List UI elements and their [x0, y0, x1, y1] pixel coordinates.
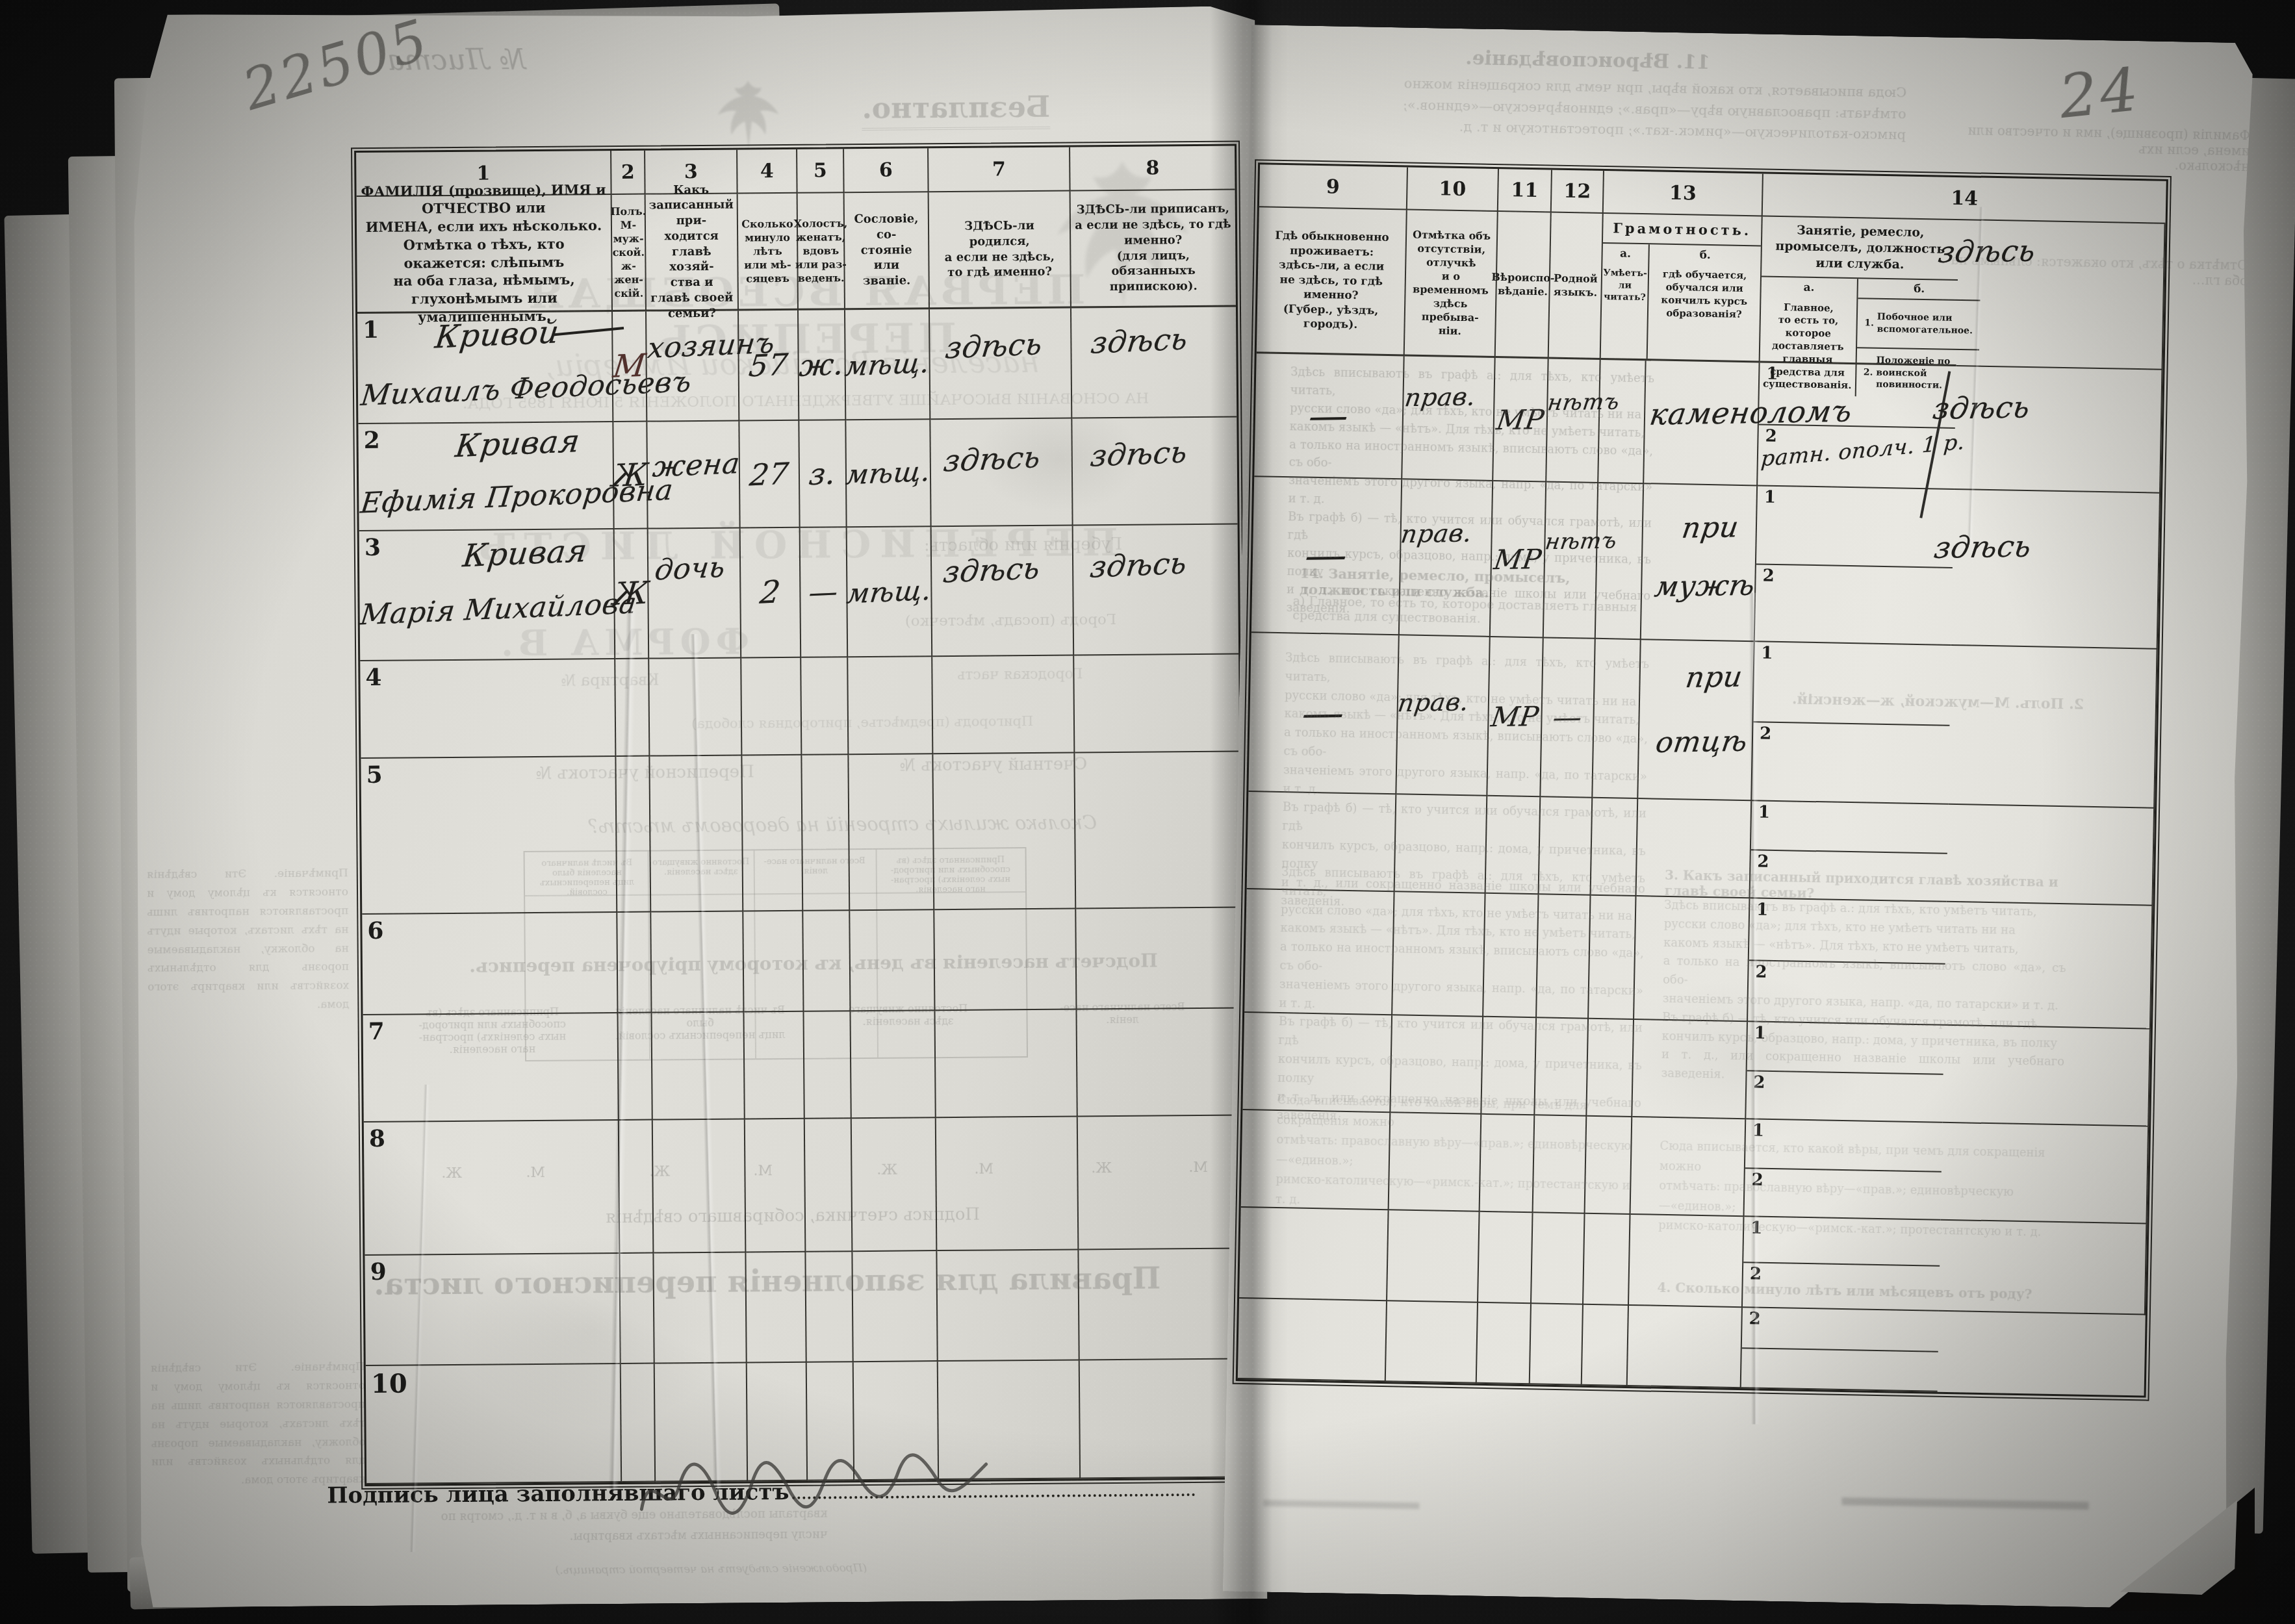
cell-empty — [1080, 1359, 1245, 1478]
r3-religion-cell: прав. — [1396, 635, 1490, 796]
scanned-census-photo: 22505 № Листа Безплатно. ПЕРВАЯ ВСЕОБЩАЯ… — [0, 0, 2295, 1624]
side-sub2: 2 — [1750, 850, 1947, 902]
row2-name-cell: 2 Кривая Ефимія Прокоровна — [358, 422, 614, 531]
cell-empty — [1948, 646, 2157, 809]
row2-age-cell: 27 — [739, 421, 800, 529]
col-number: 2 — [611, 151, 646, 195]
cell-empty — [937, 1250, 1079, 1362]
entry-names: Марія Михайлова — [359, 587, 639, 631]
row1-estate-cell: мѣщ. — [845, 309, 930, 420]
row-number: 1 — [363, 316, 379, 344]
row3-estate-cell: мѣщ. — [847, 527, 933, 657]
census-right-page: 24 11. Вѣроисповѣданіе. Сюда вписывается… — [1223, 25, 2257, 1610]
ghost-note: Примѣчаніе. Эти свѣдѣнія относятся къ цѣ… — [147, 864, 350, 1016]
cell-empty — [1942, 1026, 2151, 1127]
side-sub1: 1 — [1745, 1119, 1942, 1173]
side-sub1: 2 — [1742, 1308, 1939, 1352]
row1-age-cell: 57 — [739, 311, 799, 422]
row3-born-cell: здѣсь — [932, 526, 1075, 657]
r1-religion-cell: прав. — [1402, 356, 1495, 481]
cell-empty — [1483, 894, 1539, 1018]
cell-empty — [1940, 1123, 2149, 1224]
cell-empty — [852, 1118, 938, 1252]
cell-empty — [1634, 896, 1750, 1022]
sub-number: 1 — [1764, 488, 1776, 507]
col-number: 5 — [797, 149, 845, 194]
row5-name-cell: 5 — [361, 757, 617, 915]
row3-marital-cell: — — [801, 527, 849, 658]
r3-occupation-cell: при отцѣ — [1638, 640, 1754, 801]
cell-empty — [617, 913, 652, 1013]
r3-educated-cell — [1593, 639, 1641, 799]
census-table-right: 9 10 11 12 13 14 Гдѣ обыкновенно прожива… — [1236, 162, 2168, 1397]
r2-religion-cell: прав. — [1400, 479, 1493, 637]
row4-name-cell: 4 — [360, 659, 616, 759]
cell-empty — [1583, 1214, 1631, 1306]
cell-side-empty: 2 — [1741, 1308, 1939, 1392]
side-sub2: 2 — [1748, 961, 1945, 1026]
r1-absence-cell: — — [1254, 353, 1404, 479]
cell-empty — [806, 1252, 853, 1363]
side-sub2 — [1741, 1349, 1938, 1392]
side-sub2: 2 — [1746, 1071, 1943, 1123]
col-header-language: Родной языкъ. — [1549, 213, 1604, 360]
cell-empty — [1391, 1015, 1483, 1115]
cell-empty — [936, 1117, 1079, 1251]
pencil-page-number: 24 — [2056, 55, 2144, 132]
literacy-sub-b: б. гдѣ обучается, обучался или кончилъ к… — [1648, 244, 1761, 361]
row9-name-cell: 9 — [365, 1254, 621, 1366]
cell-empty — [616, 757, 651, 913]
row-number: 2 — [363, 427, 379, 454]
col-header-marital: Холостъ, женатъ, вдовъ или раз- веденъ. — [798, 193, 845, 311]
row-number: 8 — [369, 1125, 385, 1152]
col-header-relation: Какъ записанный при- ходится главѣ хозяй… — [646, 194, 739, 311]
cell-empty — [1076, 907, 1241, 1009]
row-number: 9 — [370, 1258, 386, 1286]
row1-sex-cell: М — [613, 312, 647, 422]
cell-empty — [1478, 1212, 1533, 1304]
col-header-sex: Полъ. М-муж- ской. ж-жен- скій. — [612, 195, 647, 312]
row2-estate-cell: мѣщ. — [846, 420, 931, 527]
cell-empty — [1486, 796, 1541, 894]
cell-empty — [851, 1011, 936, 1119]
cell-empty — [1392, 892, 1485, 1017]
sub-number: 1 — [1766, 364, 1778, 384]
cell-empty — [1075, 752, 1240, 909]
row8-name-cell: 8 — [364, 1121, 621, 1256]
col-header-literacy: Грамотность. а. Умѣетъ- ли читать? б. гд… — [1601, 214, 1763, 362]
row2-relation-cell: жена — [647, 421, 740, 529]
r2-educated-cell — [1596, 483, 1644, 640]
printer-imprint-smudge — [1841, 1497, 2088, 1510]
cell-empty — [744, 1012, 804, 1120]
cell-empty — [801, 657, 849, 755]
cell-empty — [1591, 798, 1639, 896]
col-header-residence: Гдѣ обыкновенно проживаетъ: здѣсь-ли, а … — [1257, 207, 1407, 356]
side-sub2: 2 — [1743, 1263, 1940, 1312]
cell-empty — [1242, 1013, 1392, 1113]
cell-empty — [1074, 654, 1239, 753]
cell-empty — [653, 1119, 747, 1253]
col-number: 4 — [737, 149, 798, 194]
r1-language-cell: МР — [1493, 358, 1548, 482]
side-sub2: 2 — [1752, 722, 1949, 805]
cell-empty — [1539, 797, 1593, 895]
imperial-eagle-icon — [706, 72, 791, 157]
cell-empty — [615, 659, 650, 757]
ghost-bottom-par: Примѣчаніе. Эти свѣдѣнія относятся къ цѣ… — [151, 1358, 366, 1491]
cell-empty — [1078, 1115, 1244, 1250]
side-sub1: 1 — [1751, 801, 1948, 854]
side-sub1: 1 — [1756, 486, 1954, 568]
cell-empty — [1387, 1210, 1480, 1303]
row3-sex-cell: Ж — [615, 529, 650, 659]
row-number: 4 — [365, 664, 381, 691]
cell-empty — [618, 1013, 652, 1121]
sub-number: 2 — [1765, 427, 1777, 446]
cell-empty — [802, 755, 850, 911]
cell-empty — [1480, 1115, 1535, 1213]
cell-empty — [1939, 1221, 2148, 1315]
col-header-estate: Сословіе, со- стояніе или званіе. — [845, 192, 930, 310]
ghost-name-frag: Фамилія (прозвище), имя и отчество или и… — [1951, 122, 2250, 174]
row1-marital-cell: ж. — [799, 310, 846, 421]
row2-marital-cell: з. — [799, 420, 847, 528]
row3-age-cell: 2 — [741, 528, 802, 659]
row1-registered-cell: здѣсь — [1071, 307, 1237, 418]
row7-name-cell: 7 — [363, 1013, 619, 1123]
sub-number: 2 — [1762, 566, 1775, 586]
cell-empty — [848, 657, 933, 755]
cell-empty — [1946, 805, 2155, 906]
side-sub1: 1 — [1759, 362, 1956, 429]
sub-number: 2 — [1760, 724, 1772, 743]
cell-empty — [1481, 1017, 1537, 1115]
cell-empty — [1530, 1304, 1583, 1385]
cell-empty — [746, 1252, 806, 1364]
cell-empty — [805, 1119, 853, 1252]
side-sub1: 1 — [1749, 898, 1947, 965]
col-number: 6 — [844, 148, 929, 193]
row10-name-cell: 10 — [366, 1364, 622, 1484]
col-number: 12 — [1552, 170, 1604, 214]
cell-side-empty: 12 — [1743, 1217, 1941, 1312]
cell-empty — [1244, 889, 1394, 1015]
row-number: 6 — [367, 917, 383, 945]
side-sub2: 2 — [1755, 565, 1953, 646]
row6-name-cell: 6 — [362, 913, 618, 1015]
cell-empty — [1239, 1208, 1389, 1301]
col-number: 7 — [929, 147, 1071, 192]
col-header-name: ФАМИЛІЯ (прозвище), ИМЯ и ОТЧЕСТВО или И… — [357, 195, 613, 314]
cell-empty — [850, 910, 935, 1011]
cell-empty — [651, 911, 744, 1013]
cell-empty — [933, 753, 1076, 910]
cell-empty — [853, 1251, 938, 1362]
literacy-title: Грамотность. — [1603, 214, 1762, 246]
r2-occupation-cell: при мужѣ — [1641, 484, 1758, 642]
sub-number: 1 — [1864, 317, 1871, 329]
cell-side-empty: 12 — [1746, 1022, 1944, 1123]
cell-empty — [745, 1119, 806, 1253]
r1-read-cell: нѣтъ — [1546, 359, 1600, 483]
row-number: 3 — [365, 534, 381, 561]
row2-born-cell: здѣсь — [930, 418, 1073, 527]
cell-empty — [804, 1011, 851, 1119]
cell-empty — [934, 909, 1077, 1011]
cell-empty — [741, 658, 802, 756]
row2-sex-cell: Ж — [613, 422, 648, 529]
row-number: 10 — [371, 1369, 407, 1399]
cell-empty — [742, 755, 803, 912]
cell-empty — [1631, 1117, 1747, 1217]
col-number: 9 — [1259, 164, 1408, 210]
side-sub2: 2 ратн. ополч. 1 р. — [1758, 425, 1955, 490]
cell-empty — [1582, 1305, 1629, 1386]
col-number: 13 — [1604, 171, 1763, 216]
cell-empty — [1632, 1020, 1748, 1119]
side-sub1: 1 — [1753, 642, 1951, 726]
row3-registered-cell: здѣсь — [1073, 524, 1239, 655]
r1-residence-cell: здѣсь — [1956, 220, 2166, 370]
pencil-sheet-number: 22505 — [236, 7, 437, 123]
entry-surname: Кривой — [433, 314, 561, 355]
r3-residence-cell: здѣсь — [1951, 490, 2160, 650]
cell-empty — [1585, 1117, 1633, 1215]
col-header-religion: Вѣроиспо- вѣданіе. — [1496, 212, 1552, 359]
row2-registered-cell: здѣсь — [1072, 417, 1237, 526]
col-header-born: ЗДѢСЬ-ли родился, а если не здѣсь, то гд… — [929, 191, 1071, 309]
cell-empty — [650, 755, 743, 912]
cell-empty — [1477, 1303, 1532, 1384]
cell-empty — [932, 655, 1075, 754]
r1-educated-cell — [1598, 360, 1646, 484]
col-header-registered: ЗДѢСЬ-ли приписанъ, а если не здѣсь, то … — [1071, 190, 1236, 308]
ghost-heading-11: 11. Вѣроисповѣданіе. — [1465, 47, 1710, 74]
cell-side-empty: 12 — [1750, 801, 1948, 902]
cell-empty — [1389, 1113, 1482, 1212]
r3-absence-cell: — — [1248, 633, 1399, 794]
cell-empty — [1395, 794, 1488, 894]
cell-empty — [620, 1254, 654, 1364]
cell-empty — [619, 1121, 654, 1254]
row3-name-cell: 3 Кривая Марія Михайлова — [359, 529, 616, 661]
row-number: 7 — [368, 1018, 385, 1045]
sub-number: 1 — [1761, 644, 1773, 663]
col-header-age: Сколько минуло лѣтъ или мѣ- сяцевъ — [738, 194, 799, 311]
cell-empty — [1079, 1249, 1244, 1360]
r1-occupation-cell: каменоломъ — [1644, 361, 1760, 486]
col-number: 8 — [1070, 146, 1235, 191]
cell-empty — [654, 1252, 747, 1364]
cell-empty — [935, 1009, 1077, 1118]
cell-side-empty: 12 — [1748, 898, 1946, 1026]
cell-side-empty: 12 — [1744, 1119, 1942, 1221]
row1-name-cell: 1 Кривой Михаилъ Феодосьевъ — [357, 312, 613, 424]
r2-read-cell: нѣтъ — [1544, 482, 1598, 639]
ghost-bottom-par: (Продолженіе слѣдуетъ на четвертой стран… — [503, 1562, 867, 1577]
literacy-sub-a: а. Умѣетъ- ли читать? — [1601, 244, 1650, 359]
col-number: 10 — [1407, 167, 1499, 212]
printer-imprint-smudge — [1263, 1500, 1419, 1509]
row-number: 5 — [366, 761, 382, 789]
side-sub1: 1 — [1743, 1217, 1940, 1267]
cell-empty — [652, 1012, 745, 1120]
cell-empty — [1944, 902, 2153, 1030]
row1-born-cell: здѣсь — [930, 308, 1072, 420]
cell-empty — [649, 658, 742, 756]
col-number: 14 — [1763, 173, 2166, 223]
ghost-free-label: Безплатно. — [862, 91, 1050, 131]
cell-empty — [1628, 1306, 1743, 1388]
entry-surname: Кривая — [454, 423, 582, 464]
cell-empty — [1386, 1301, 1478, 1384]
side-sub1: 1 — [1747, 1022, 1944, 1075]
census-left-page: 22505 № Листа Безплатно. ПЕРВАЯ ВСЕОБЩАЯ… — [127, 6, 1267, 1608]
r2-side-cell: 1 2 — [1755, 486, 1954, 645]
cell-empty — [1247, 792, 1397, 892]
side-sub2: 2 — [1744, 1169, 1941, 1221]
cell-empty — [1629, 1215, 1745, 1308]
col-header-occupation: Занятіе, ремесло, промыселъ, должность и… — [1760, 216, 1959, 366]
cell-empty — [1533, 1115, 1587, 1213]
row3-relation-cell: дочь — [648, 528, 742, 659]
r2-absence-cell: — — [1251, 477, 1402, 635]
cell-empty — [1637, 799, 1752, 898]
cell-empty — [1535, 1018, 1589, 1116]
cell-empty — [803, 911, 851, 1012]
row1-relation-cell: хозяинъ — [647, 311, 739, 422]
r2-residence-cell: здѣсь — [1954, 366, 2162, 494]
cell-empty — [1241, 1110, 1391, 1210]
col-number: 11 — [1498, 169, 1552, 212]
col-header-absence: Отмѣтка объ отсутствіи, отлучкѣ и о врем… — [1405, 210, 1498, 358]
cell-empty — [849, 754, 934, 911]
census-table-left: 1 2 3 4 5 6 7 8 ФАМИЛІЯ (прозвище), ИМЯ … — [354, 144, 1247, 1486]
cell-empty — [1532, 1213, 1585, 1304]
cell-empty — [1589, 896, 1636, 1020]
occupation-title: Занятіе, ремесло, промыселъ, должность и… — [1762, 216, 1959, 281]
cell-empty — [743, 911, 804, 1013]
cell-empty — [1238, 1299, 1387, 1382]
r3-read-cell: — — [1541, 638, 1595, 798]
entry-surname: Кривая — [461, 533, 589, 574]
cell-empty — [1587, 1019, 1634, 1117]
cell-empty — [1537, 894, 1591, 1019]
cell-empty — [1077, 1008, 1242, 1117]
r1-side-cell: 1 2 ратн. ополч. 1 р. — [1758, 362, 1956, 490]
ghost-par-11: Сюда вписывается, кто какой вѣры, при че… — [1347, 72, 1907, 146]
r2-language-cell: МР — [1491, 481, 1546, 638]
r3-side-cell: 1 2 — [1752, 642, 1951, 804]
